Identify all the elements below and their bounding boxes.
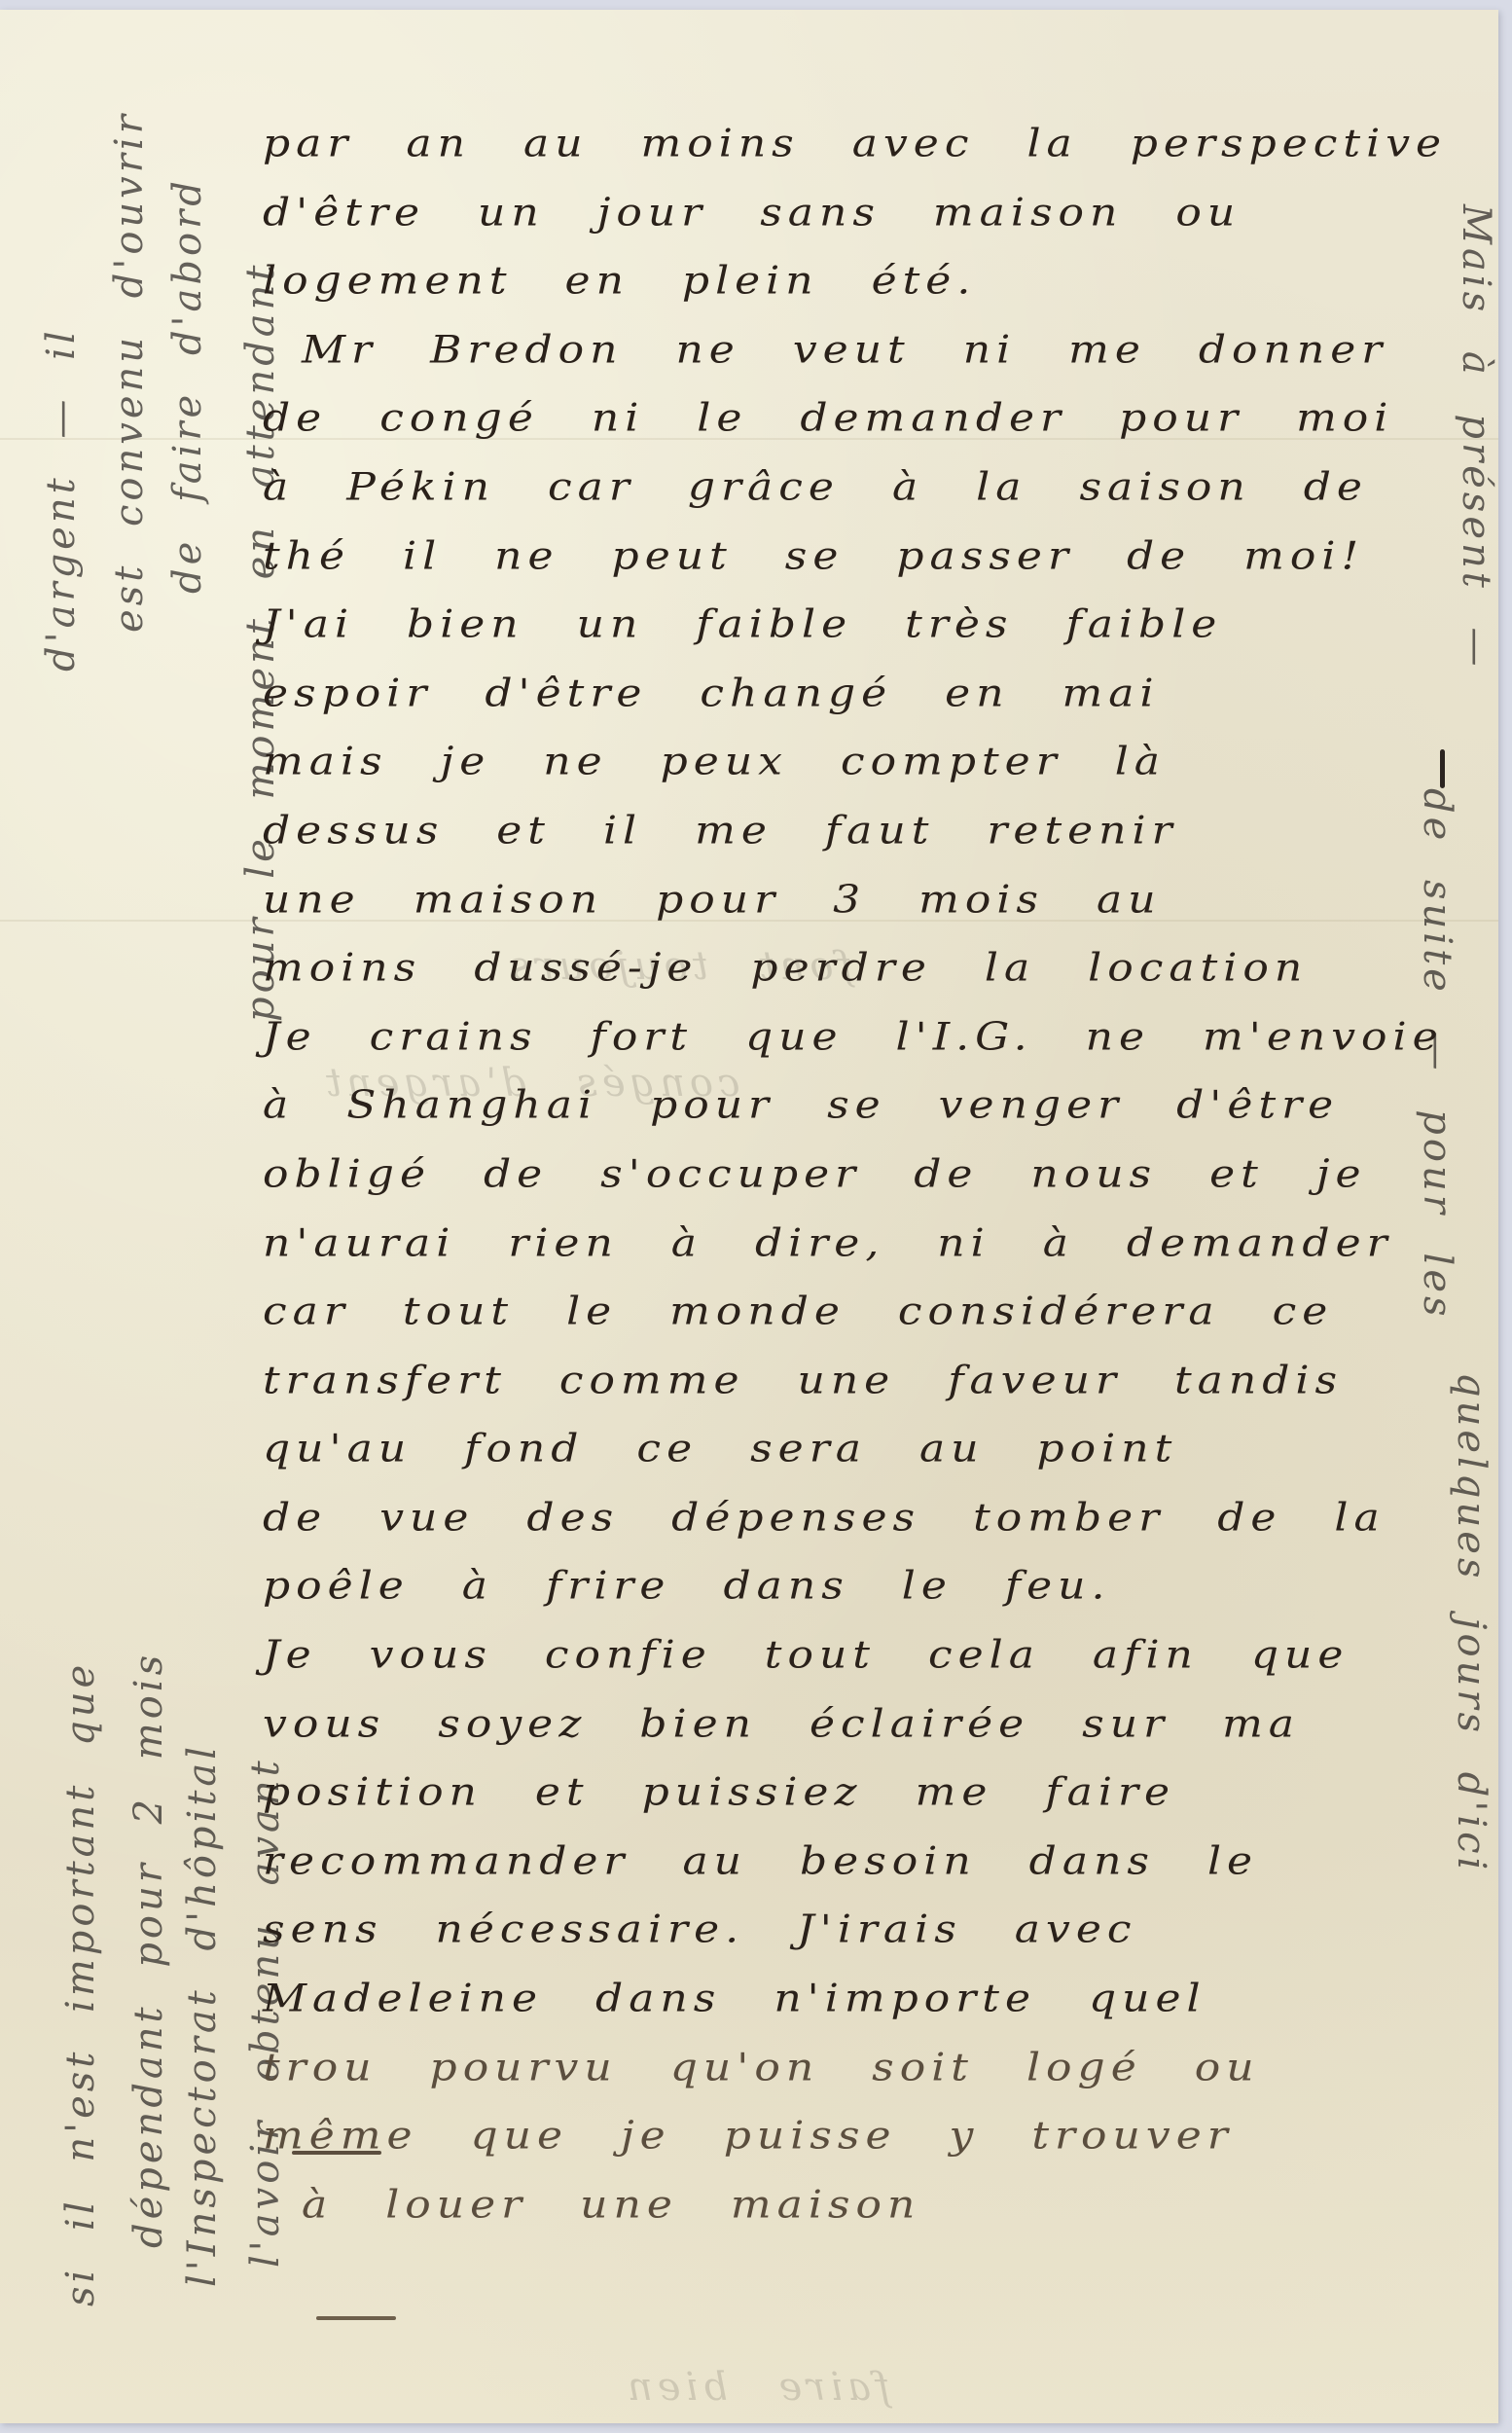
letter-line: vous soyez bien éclairée sur ma [263, 1699, 1489, 1749]
letter-line: position et puissiez me faire [263, 1768, 1489, 1818]
margin-note-left: l'Inspectorat d'hôpital [180, 1743, 225, 2287]
letter-line: sens nécessaire. J'irais avec [263, 1906, 1489, 1955]
letter-line: même que je puisse y trouver [263, 2112, 1489, 2161]
letter-line: recommander au besoin dans le [263, 1837, 1489, 1887]
letter-line: trou pourvu qu'on soit logé ou [263, 2043, 1489, 2092]
letter-line: obligé de s'occuper de nous et je [263, 1150, 1489, 1200]
letter-line: à Shanghai pour se venger d'être [263, 1081, 1489, 1131]
letter-line: moins dussé-je perdre la location [263, 944, 1489, 994]
letter-line: espoir d'être changé en mai [263, 670, 1489, 719]
letter-line: Madeleine dans n'importe quel [263, 1975, 1489, 2024]
letter-line: de congé ni le demander pour moi [263, 394, 1489, 444]
letter-line: de vue des dépenses tomber de la [263, 1494, 1489, 1543]
margin-note-left: de faire d'abord [165, 177, 210, 594]
letter-line: une maison pour 3 mois au [263, 875, 1489, 925]
letter-line: qu'au fond ce sera au point [263, 1425, 1489, 1474]
letter-line: mais je ne peux compter là [263, 738, 1489, 787]
letter-line: dessus et il me faut retenir [263, 807, 1489, 856]
letter-line: poêle à frire dans le feu. [263, 1562, 1489, 1612]
bleedthrough-text: faire bien [623, 2365, 890, 2410]
underline-stroke [292, 2151, 381, 2155]
letter-line: Mr Bredon ne veut ni me donner [263, 326, 1489, 376]
letter-line: d'être un jour sans maison ou [263, 188, 1489, 237]
letter-line: car tout le monde considérera ce [263, 1288, 1489, 1337]
letter-line: à Pékin car grâce à la saison de [263, 463, 1489, 513]
letter-line: n'aurai rien à dire, ni à demander [263, 1218, 1489, 1268]
letter-line: J'ai bien un faible très faible [263, 600, 1489, 650]
letter-line: logement en plein été. [263, 257, 1489, 307]
margin-note-left: dépendant pour 2 mois [126, 1652, 171, 2248]
letter-body: par an au moins avec la perspective d'êt… [263, 117, 1489, 2233]
letter-line: à louer une maison [263, 2181, 1489, 2231]
margin-note-left: si il n'est important que [58, 1661, 103, 2306]
letter-sheet: font toujours congés d'argent faire bien… [0, 10, 1498, 2423]
margin-note-left: est convenu d'ouvrir [107, 111, 152, 633]
letter-line: transfert comme une faveur tandis [263, 1357, 1489, 1406]
underline-stroke [316, 2316, 396, 2320]
letter-line: thé il ne peut se passer de moi! [263, 531, 1489, 581]
letter-line: Je vous confie tout cela afin que [263, 1631, 1489, 1681]
letter-line: Je crains fort que l'I.G. ne m'envoie [263, 1013, 1489, 1063]
margin-note-left: d'argent — il [39, 327, 84, 672]
letter-line: par an au moins avec la perspective [263, 120, 1489, 169]
